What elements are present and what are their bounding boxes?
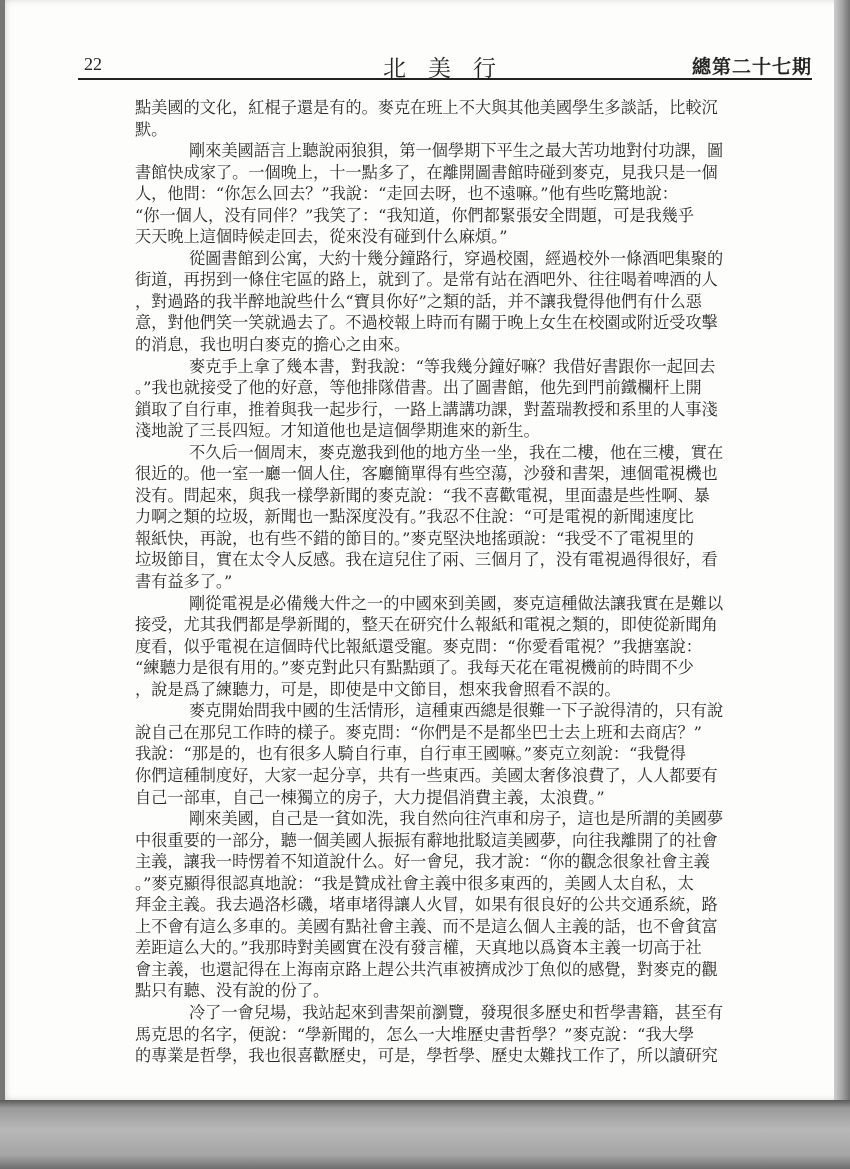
scanned-page: 22 北美行 總第二十七期 點美國的文化，紅棍子還是有的。麥克在班上不大與其他美… [0, 0, 834, 1100]
text-line: 。”我也就接受了他的好意，等他排隊借書。出了圖書館，他先到門前鐵欄杆上開 [135, 377, 745, 399]
text-line: 上不會有這么多車的。美國有點社會主義、而不是這么個人主義的話，也不會貧富 [135, 916, 745, 938]
text-line: 意，對他們笑一笑就過去了。不過校報上時而有關于晚上女生在校園或附近受攻擊 [135, 312, 745, 334]
text-line: 人，他問：“你怎么回去？”我說：“走回去呀，也不遠嘛。”他有些吃驚地說： [135, 183, 745, 205]
text-line: 拜金主義。我去過洛杉磯，堵車堵得讓人火冒，如果有很良好的公共交通系統，路 [135, 894, 745, 916]
text-line: 點美國的文化，紅棍子還是有的。麥克在班上不大與其他美國學生多談話，比較沉 [135, 97, 745, 119]
text-line: 報紙快，再說，也有些不錯的節目的。”麥克堅決地搖頭說：“我受不了電視里的 [135, 528, 745, 550]
text-line: 自己一部車，自己一棟獨立的房子，大力提倡消費主義，太浪費。” [135, 787, 745, 809]
journal-title: 北美行 [383, 50, 518, 83]
text-line: 度看，似乎電視在這個時代比報紙還受寵。麥克問：“你愛看電視？”我搪塞說： [135, 636, 745, 658]
text-line: 中很重要的一部分，聽一個美國人振振有辭地批駁這美國夢，向往我離開了的社會 [135, 830, 745, 852]
text-line: 我說：“那是的，也有很多人騎自行車，自行車王國嘛。”麥克立刻說：“我覺得 [135, 743, 745, 765]
text-line: 默。 [135, 119, 745, 141]
text-line: 書館快成家了。一個晚上，十一點多了，在離開圖書館時碰到麥克，見我只是一個 [135, 162, 745, 184]
running-header: 22 北美行 總第二十七期 [78, 52, 812, 80]
paragraph-first-line: 不久后一個周末，麥克邀我到他的地方坐一坐，我在二樓，他在三樓，實在 [135, 442, 745, 464]
text-line: 街道，再拐到一條住宅區的路上，就到了。是常有站在酒吧外、往往喝着啤酒的人 [135, 269, 745, 291]
text-line: 的專業是哲學，我也很喜歡歷史，可是，學哲學、歷史太難找工作了，所以讀研究 [135, 1045, 745, 1067]
text-line: 。”麥克顯得很認真地說：“我是贊成社會主義中很多東西的，美國人太自私，太 [135, 873, 745, 895]
text-line: 接受，尤其我們都是學新聞的，整天在研究什么報紙和電視之類的，即使從新聞角 [135, 614, 745, 636]
text-line: 没有。問起來，與我一樣學新聞的麥克說：“我不喜歡電視，里面盡是些性啊、暴 [135, 485, 745, 507]
paragraph-first-line: 麥克開始問我中國的生活情形，這種東西總是很難一下子說得清的，只有說 [135, 700, 745, 722]
text-line: 天天晚上這個時候走回去，從來没有碰到什么麻煩。” [135, 226, 745, 248]
text-line: 垃圾節目，實在太令人反感。我在這兒住了兩、三個月了，没有電視過得很好，看 [135, 549, 745, 571]
paragraph-first-line: 冷了一會兒場，我站起來到書架前瀏覽，發現很多歷史和哲學書籍，甚至有 [135, 1002, 745, 1024]
text-line: 會主義，也還記得在上海南京路上趕公共汽車被擠成沙丁魚似的感覺，對麥克的觀 [135, 959, 745, 981]
paragraph-first-line: 麥克手上拿了幾本書，對我說：“等我幾分鐘好嘛？我借好書跟你一起回去 [135, 356, 745, 378]
text-line: 書有益多了。” [135, 571, 745, 593]
text-line: 差距這么大的。”我那時對美國實在没有發言權，天真地以爲資本主義一切高于社 [135, 937, 745, 959]
page-binding-edge [0, 0, 5, 1100]
scanner-bed-bottom [0, 1100, 850, 1169]
text-line: 淺地說了三長四短。才知道他也是這個學期進來的新生。 [135, 420, 745, 442]
page-number: 22 [84, 54, 102, 75]
text-line: 力啊之類的垃圾，新聞也一點深度没有。”我忍不住說：“可是電視的新聞速度比 [135, 506, 745, 528]
paragraph-first-line: 從圖書館到公寓，大約十幾分鐘路行，穿過校園，經過校外一條酒吧集聚的 [135, 248, 745, 270]
text-line: ，說是爲了練聽力，可是，即使是中文節目，想來我會照看不誤的。 [135, 679, 745, 701]
text-line: 很近的。他一室一廳一個人住，客廳簡單得有些空蕩，沙發和書架，連個電視機也 [135, 463, 745, 485]
paragraph-first-line: 剛來美國，自己是一貧如洗，我自然向往汽車和房子，這也是所謂的美國夢 [135, 808, 745, 830]
text-line: 主義，讓我一時愣着不知道說什么。好一會兒，我才說：“你的觀念很象社會主義 [135, 851, 745, 873]
paragraph-first-line: 剛來美國語言上聽說兩狼狽，第一個學期下平生之最大苦功地對付功課，圖 [135, 140, 745, 162]
text-line: 馬克思的名字，便說：“學新聞的，怎么一大堆歷史書哲學？”麥克說：“我大學 [135, 1024, 745, 1046]
issue-number: 總第二十七期 [692, 52, 812, 79]
text-line: 鎖取了自行車，推着與我一起步行，一路上講講功課，對蓋瑞教授和系里的人事淺 [135, 399, 745, 421]
article-body: 點美國的文化，紅棍子還是有的。麥克在班上不大與其他美國學生多談話，比較沉默。剛來… [135, 97, 745, 1067]
text-line: ，對過路的我半醉地說些什么“寶貝你好”之類的話，并不讓我覺得他們有什么惡 [135, 291, 745, 313]
paragraph-first-line: 剛從電視是必備幾大件之一的中國來到美國，麥克這種做法讓我實在是難以 [135, 593, 745, 615]
text-line: 點只有聽、没有說的份了。 [135, 980, 745, 1002]
text-line: “練聽力是很有用的。”麥克對此只有點點頭了。我每天花在電視機前的時間不少 [135, 657, 745, 679]
text-line: “你一個人，没有同伴？”我笑了：“我知道，你們都緊張安全問題，可是我幾乎 [135, 205, 745, 227]
text-line: 你們這種制度好，大家一起分享，共有一些東西。美國太奢侈浪費了，人人都要有 [135, 765, 745, 787]
text-line: 說自己在那兒工作時的樣子。麥克問：“你們是不是都坐巴士去上班和去商店？” [135, 722, 745, 744]
text-line: 的消息，我也明白麥克的擔心之由來。 [135, 334, 745, 356]
scanner-bed-right [832, 0, 850, 1169]
